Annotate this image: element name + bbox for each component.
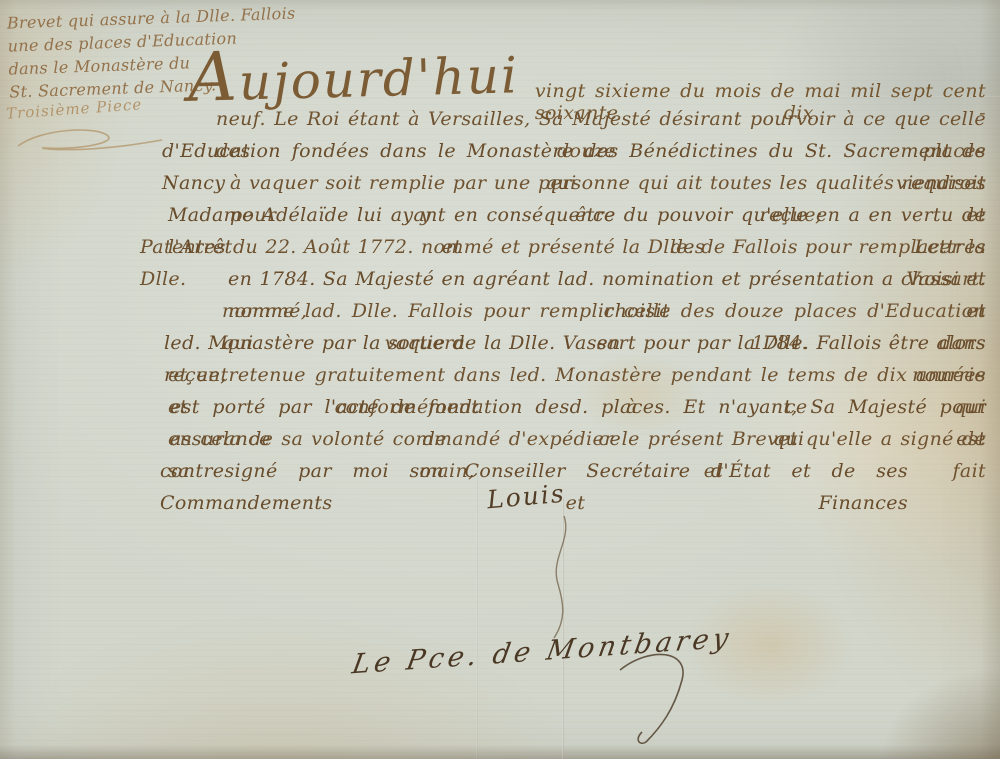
manuscript-line: nomme lad. Dlle. Fallois pour remplir ce… (138, 295, 986, 327)
body-text: neuf. Le Roi étant à Versailles, Sa Maje… (138, 103, 986, 487)
manuscript-line: est porté par l'acte de fondation desd. … (138, 391, 986, 423)
manuscript-line: neuf. Le Roi étant à Versailles, Sa Maje… (138, 103, 986, 135)
manuscript-page: Brevet qui assure à la Dlle. Falloisune … (0, 0, 1000, 759)
manuscript-line: Patentes du 22. Août 1772. nommé et prés… (138, 231, 986, 263)
manuscript-line: à vaquer soit remplie par une personne q… (138, 167, 986, 199)
manuscript-line: en cela de sa volonté commandé d'expédie… (138, 423, 986, 455)
signature-flourish-icon (540, 512, 584, 642)
manuscript-line: et entretenue gratuitement dans led. Mon… (138, 359, 986, 391)
countersignature-flourish-icon (612, 636, 712, 748)
manuscript-line: en 1784. Sa Majesté en agréant lad. nomi… (138, 263, 986, 295)
manuscript-line: Madame Adélaïde lui ayant en conséquence… (138, 199, 986, 231)
manuscript-line: d'Education fondées dans le Monastère de… (138, 135, 986, 167)
manuscript-line: led. Monastère par la sortie de la Dlle.… (138, 327, 986, 359)
